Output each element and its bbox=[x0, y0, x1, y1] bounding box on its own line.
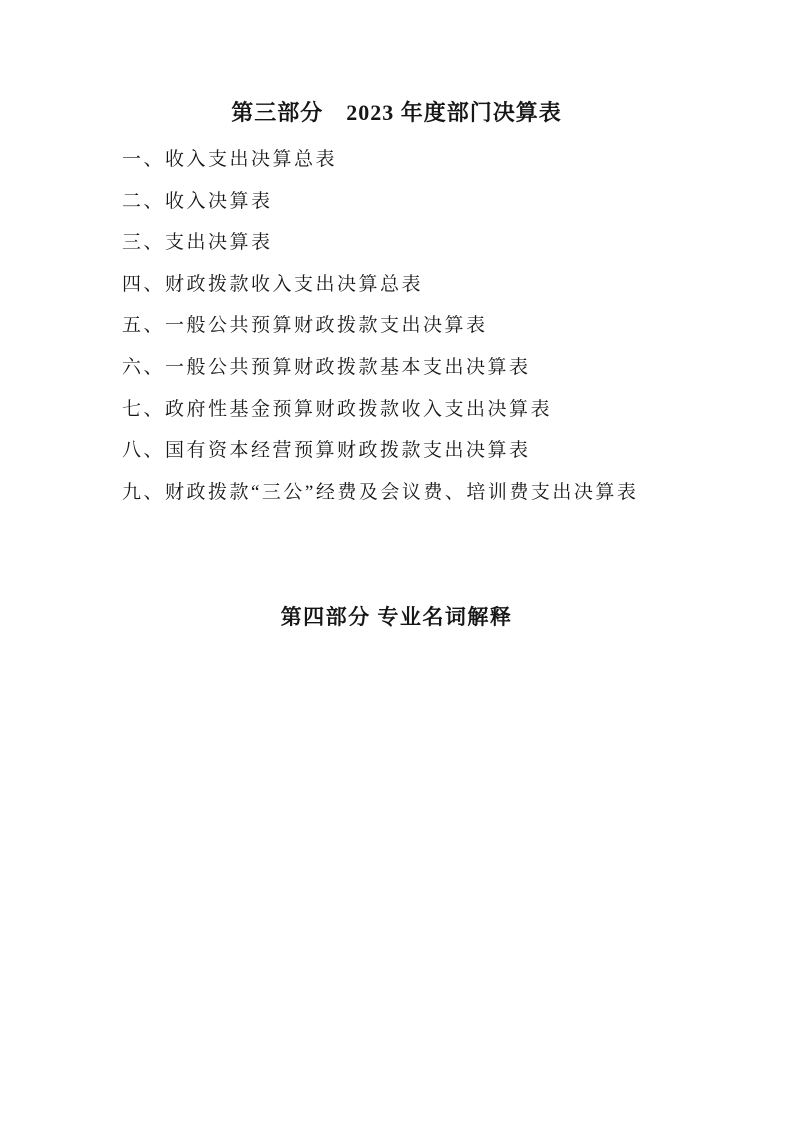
toc-item: 五、一般公共预算财政拨款支出决算表 bbox=[122, 305, 638, 347]
toc-item: 七、政府性基金预算财政拨款收入支出决算表 bbox=[122, 389, 638, 431]
toc-item: 六、一般公共预算财政拨款基本支出决算表 bbox=[122, 347, 638, 389]
toc-item: 三、支出决算表 bbox=[122, 222, 638, 264]
toc-item: 九、财政拨款“三公”经费及会议费、培训费支出决算表 bbox=[122, 472, 638, 514]
part3-heading: 第三部分 2023 年度部门决算表 bbox=[0, 98, 793, 128]
toc-item: 二、收入决算表 bbox=[122, 181, 638, 223]
part4-heading: 第四部分 专业名词解释 bbox=[0, 602, 793, 632]
document-page: 第三部分 2023 年度部门决算表 一、收入支出决算总表 二、收入决算表 三、支… bbox=[0, 0, 793, 1122]
toc-item: 一、收入支出决算总表 bbox=[122, 139, 638, 181]
toc-list: 一、收入支出决算总表 二、收入决算表 三、支出决算表 四、财政拨款收入支出决算总… bbox=[122, 139, 638, 513]
toc-item: 四、财政拨款收入支出决算总表 bbox=[122, 264, 638, 306]
toc-item: 八、国有资本经营预算财政拨款支出决算表 bbox=[122, 430, 638, 472]
